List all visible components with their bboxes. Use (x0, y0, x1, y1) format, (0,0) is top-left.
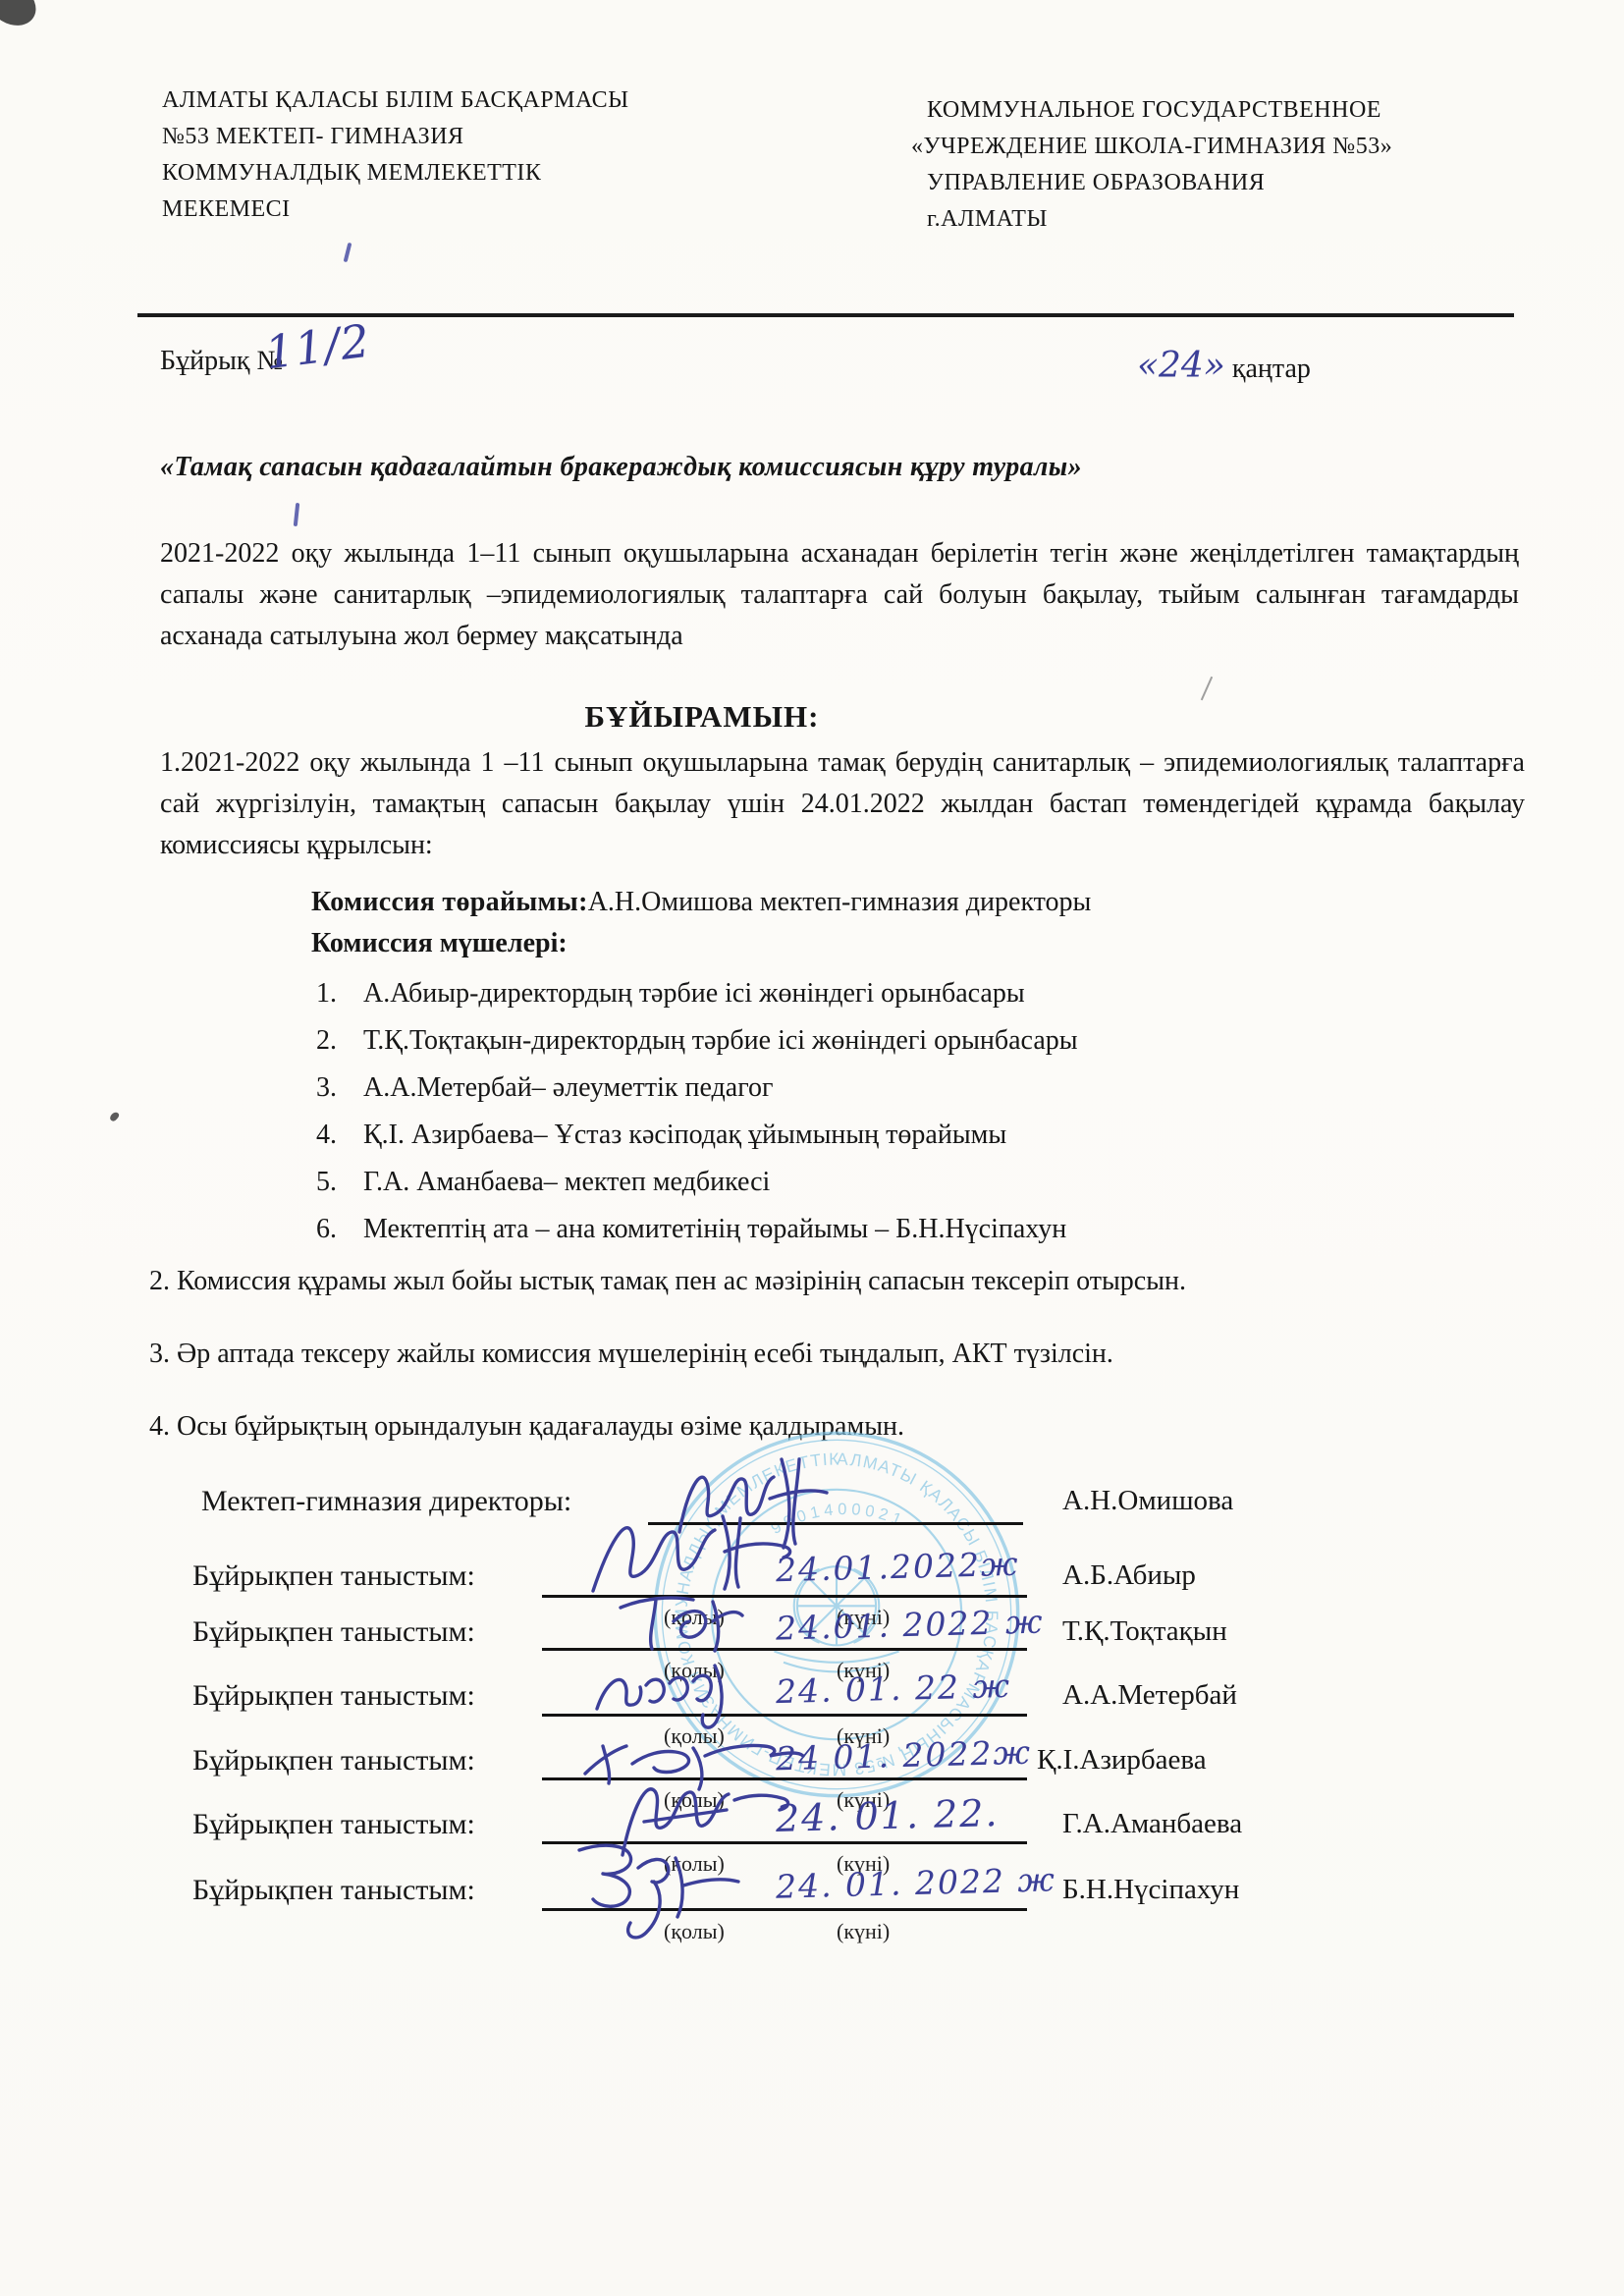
signer-name: Г.А.Аманбаева (1062, 1808, 1242, 1840)
committee-chair-value: А.Н.Омишова мектеп-гимназия директоры (588, 887, 1092, 917)
date-handwritten: 24. 01. 22. (775, 1791, 1000, 1840)
date-column-label: (күні) (837, 1919, 890, 1944)
resolution-heading: БҰЙЫРАМЫН: (162, 699, 1242, 735)
order-date: «24» қаңтар (1137, 346, 1311, 386)
committee-chair-label: Комиссия төрайымы: (311, 887, 588, 917)
date-handwritten: 24.01. 2022 ж (776, 1602, 1045, 1647)
ack-label: Бұйрықпен таныстым: (192, 1874, 475, 1907)
member-number: 1. (316, 978, 363, 1010)
member-text: А.Абиыр-директордың тәрбие ісі жөніндегі… (363, 978, 1025, 1009)
scan-corner-smudge (0, 0, 44, 34)
order-month: қаңтар (1232, 354, 1311, 384)
date-handwritten: 24. 01. 2022 ж (776, 1860, 1057, 1905)
ack-label: Бұйрықпен таныстым: (192, 1679, 475, 1713)
director-label: Мектеп-гимназия директоры: (201, 1485, 571, 1518)
member-number: 3. (316, 1072, 363, 1104)
header-left-line: МЕКЕМЕСІ (162, 191, 623, 228)
ack-label: Бұйрықпен таныстым: (192, 1744, 475, 1777)
pen-mark (294, 503, 299, 526)
committee-member-row: 6.Мектептің ата – ана комитетінің төрайы… (316, 1214, 1494, 1245)
header-right-line: УПРАВЛЕНИЕ ОБРАЗОВАНИЯ (911, 165, 1402, 201)
scanned-order-document: АЛМАТЫ ҚАЛАСЫ БІЛІМ БАСҚАРМАСЫ №53 МЕКТЕ… (0, 0, 1624, 2296)
committee-members-heading: Комиссия мүшелері: (311, 928, 568, 959)
header-right-block: КОММУНАЛЬНОЕ ГОСУДАРСТВЕННОЕ «УЧРЕЖДЕНИЕ… (911, 92, 1402, 238)
doc-title: «Тамақ сапасын қадағалайтын бракераждық … (160, 452, 1397, 483)
date-handwritten: 24. 01. 22 ж (776, 1667, 1012, 1711)
member-text: Қ.І. Азирбаева– Ұстаз кәсіподақ ұйымының… (363, 1120, 1006, 1150)
header-right-line: г.АЛМАТЫ (911, 201, 1402, 238)
pen-mark (344, 243, 352, 262)
header-left-line: №53 МЕКТЕП- ГИМНАЗИЯ (162, 119, 623, 155)
member-number: 6. (316, 1214, 363, 1245)
signer-name: А.Б.Абиыр (1062, 1559, 1196, 1592)
item-2-paragraph: 2. Комиссия құрамы жыл бойы ыстық тамақ … (149, 1261, 1524, 1302)
signer-name: А.А.Метербай (1062, 1679, 1237, 1712)
scan-stray-mark (109, 1111, 121, 1122)
member-number: 4. (316, 1120, 363, 1151)
committee-member-row: 5.Г.А. Аманбаева– мектеп медбикесі (316, 1167, 1494, 1198)
preamble-paragraph: 2021-2022 оқу жылында 1–11 сынып оқушыла… (160, 533, 1519, 657)
member-text: Г.А. Аманбаева– мектеп медбикесі (363, 1167, 770, 1197)
ack-label: Бұйрықпен таныстым: (192, 1615, 475, 1649)
committee-member-row: 1.А.Абиыр-директордың тәрбие ісі жөнінде… (316, 978, 1494, 1010)
order-day-handwritten: «24» (1137, 346, 1225, 386)
signature-ack-row: Бұйрықпен таныстым: 24. 01. 2022 ж (қолы… (0, 1874, 1624, 2001)
header-left-line: АЛМАТЫ ҚАЛАСЫ БІЛІМ БАСҚАРМАСЫ (162, 82, 623, 119)
committee-member-row: 4.Қ.І. Азирбаева– Ұстаз кәсіподақ ұйымын… (316, 1120, 1494, 1151)
committee-member-row: 2.Т.Қ.Тоқтақын-директордың тәрбие ісі жө… (316, 1025, 1494, 1057)
date-handwritten: 24 01. 2022ж (776, 1733, 1033, 1778)
member-text: Т.Қ.Тоқтақын-директордың тәрбие ісі жөні… (363, 1025, 1078, 1056)
signature-column-label: (қолы) (664, 1919, 725, 1944)
committee-member-row: 3.А.А.Метербай– әлеуметтік педагог (316, 1072, 1494, 1104)
header-right-line: «УЧРЕЖДЕНИЕ ШКОЛА-ГИМНАЗИЯ №53» (911, 129, 1402, 165)
signer-name: Қ.І.Азирбаева (1037, 1744, 1207, 1777)
member-number: 2. (316, 1025, 363, 1057)
director-name: А.Н.Омишова (1062, 1485, 1233, 1517)
member-text: Мектептің ата – ана комитетінің төрайымы… (363, 1214, 1066, 1244)
ack-label: Бұйрықпен таныстым: (192, 1559, 475, 1593)
date-handwritten: 24.01.2022ж (776, 1545, 1020, 1589)
committee-chair-line: Комиссия төрайымы:А.Н.Омишова мектеп-гим… (311, 887, 1489, 918)
scan-stray-mark (1201, 677, 1213, 701)
ack-label: Бұйрықпен таныстым: (192, 1808, 475, 1841)
header-left-line: КОММУНАЛДЫҚ МЕМЛЕКЕТТІК (162, 155, 623, 191)
signer-name: Т.Қ.Тоқтақын (1062, 1615, 1227, 1648)
item-3-paragraph: 3. Әр аптада тексеру жайлы комиссия мүше… (149, 1334, 1524, 1375)
header-right-line: КОММУНАЛЬНОЕ ГОСУДАРСТВЕННОЕ (911, 92, 1402, 129)
order-number-handwritten: 11/2 (262, 314, 373, 380)
member-number: 5. (316, 1167, 363, 1198)
header-left-block: АЛМАТЫ ҚАЛАСЫ БІЛІМ БАСҚАРМАСЫ №53 МЕКТЕ… (162, 82, 623, 228)
signer-name: Б.Н.Нүсіпахун (1062, 1874, 1239, 1906)
member-text: А.А.Метербай– әлеуметтік педагог (363, 1072, 773, 1103)
item-1-paragraph: 1.2021-2022 оқу жылында 1 –11 сынып оқуш… (160, 742, 1525, 866)
